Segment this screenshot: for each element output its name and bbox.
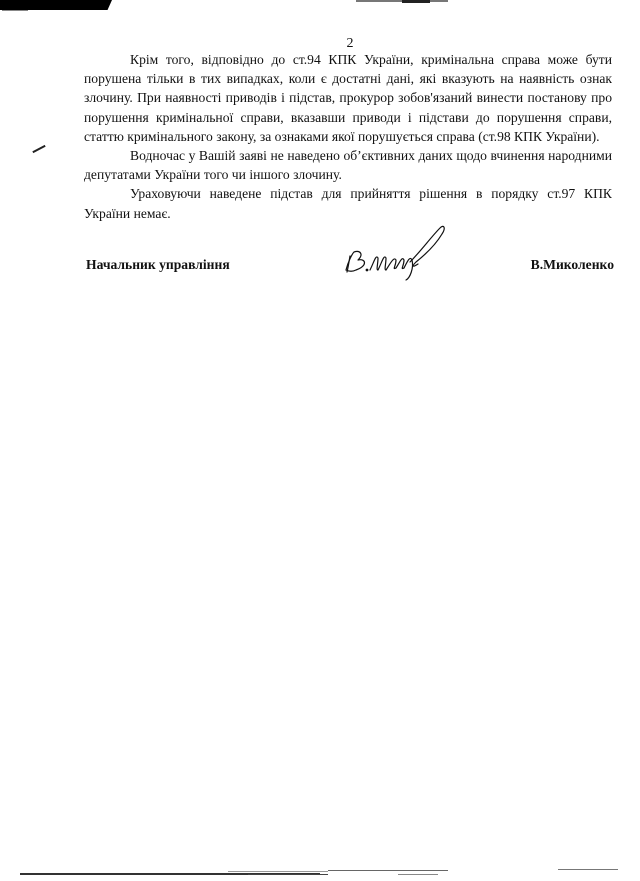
scan-top-artifact-dark bbox=[402, 0, 430, 3]
paragraph-2: Водночас у Вашій заяві не наведено об’єк… bbox=[84, 146, 612, 184]
handwritten-signature-icon bbox=[340, 222, 450, 282]
signatory-title: Начальник управління bbox=[86, 257, 230, 273]
scan-bottom-artifact bbox=[18, 868, 628, 878]
paragraph-1: Крім того, відповідно до ст.94 КПК Украї… bbox=[84, 50, 612, 146]
signatory-name: В.Миколенко bbox=[531, 257, 614, 273]
scan-corner-artifact bbox=[0, 0, 112, 10]
document-body: Крім того, відповідно до ст.94 КПК Украї… bbox=[84, 50, 612, 223]
paragraph-3: Ураховуючи наведене підстав для прийнятт… bbox=[84, 184, 612, 222]
margin-pen-mark bbox=[32, 145, 45, 153]
scan-artifact-line bbox=[2, 10, 28, 11]
